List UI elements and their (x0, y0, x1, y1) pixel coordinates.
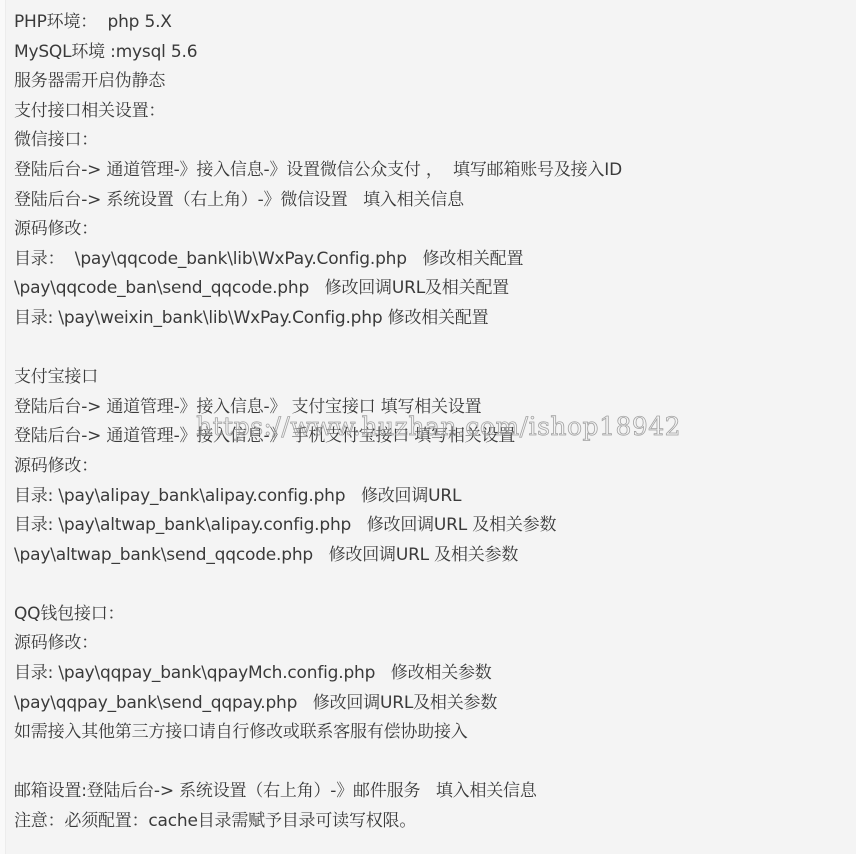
wechat-section-heading: 微信接口： (14, 126, 856, 156)
email-settings-line: 邮箱设置:登陆后台-> 系统设置（右上角）-》邮件服务 填入相关信息 (14, 777, 856, 807)
payment-settings-heading: 支付接口相关设置： (14, 97, 856, 127)
blank-line (14, 334, 856, 364)
blank-line (14, 748, 856, 778)
wechat-source-heading: 源码修改： (14, 215, 856, 245)
wechat-step-2: 登陆后台-> 系统设置（右上角）-》微信设置 填入相关信息 (14, 186, 856, 216)
alipay-source-heading: 源码修改： (14, 452, 856, 482)
blank-line (14, 570, 856, 600)
alipay-step-1: 登陆后台-> 通道管理-》接入信息-》 支付宝接口 填写相关设置 (14, 393, 856, 423)
cache-permission-note: 注意：必须配置：cache目录需赋予目录可读写权限。 (14, 807, 856, 837)
alipay-source-path-2: 目录: \pay\altwap_bank\alipay.config.php 修… (14, 511, 856, 541)
alipay-source-path-3: \pay\altwap_bank\send_qqcode.php 修改回调URL… (14, 541, 856, 571)
php-env-line: PHP环境： php 5.X (14, 8, 856, 38)
mysql-env-line: MySQL环境 :mysql 5.6 (14, 38, 856, 68)
qqpay-section-heading: QQ钱包接口： (14, 600, 856, 630)
third-party-note: 如需接入其他第三方接口请自行修改或联系客服有偿协助接入 (14, 718, 856, 748)
alipay-step-2: 登陆后台-> 通道管理-》接入信息-》 手机支付宝接口 填写相关设置 (14, 422, 856, 452)
alipay-section-heading: 支付宝接口 (14, 363, 856, 393)
wechat-source-path-1: 目录： \pay\qqcode_bank\lib\WxPay.Config.ph… (14, 245, 856, 275)
left-border (0, 0, 6, 854)
qqpay-source-path-1: 目录: \pay\qqpay_bank\qpayMch.config.php 修… (14, 659, 856, 689)
qqpay-source-path-2: \pay\qqpay_bank\send_qqpay.php 修改回调URL及相… (14, 689, 856, 719)
wechat-step-1: 登陆后台-> 通道管理-》接入信息-》设置微信公众支付 ， 填写邮箱账号及接入I… (14, 156, 856, 186)
rewrite-requirement-line: 服务器需开启伪静态 (14, 67, 856, 97)
qqpay-source-heading: 源码修改： (14, 629, 856, 659)
wechat-source-path-3: 目录: \pay\weixin_bank\lib\WxPay.Config.ph… (14, 304, 856, 334)
wechat-source-path-2: \pay\qqcode_ban\send_qqcode.php 修改回调URL及… (14, 274, 856, 304)
alipay-source-path-1: 目录: \pay\alipay_bank\alipay.config.php 修… (14, 482, 856, 512)
document-body: PHP环境： php 5.X MySQL环境 :mysql 5.6 服务器需开启… (14, 8, 856, 837)
